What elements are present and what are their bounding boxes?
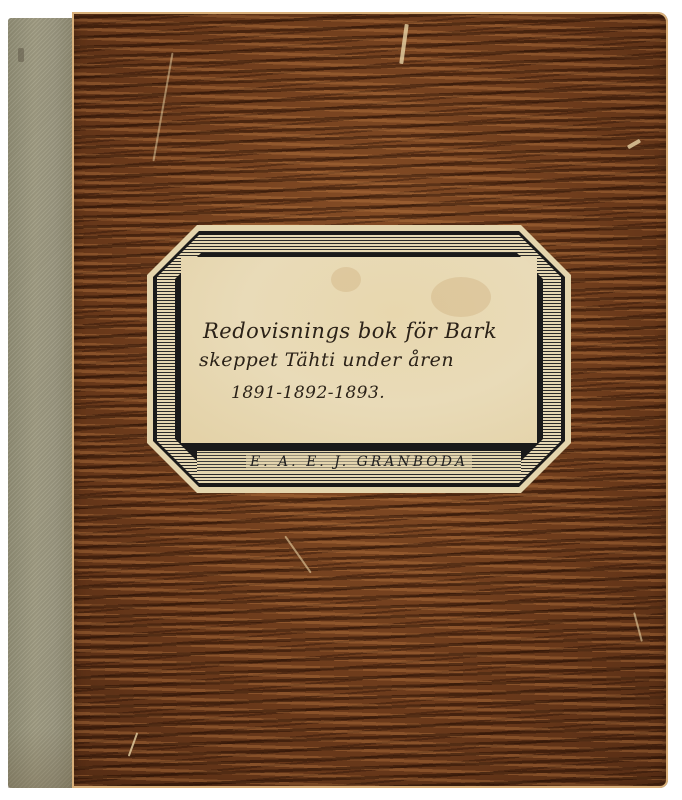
label-footer-band: E. A. E. J. GRANBODA [197, 451, 521, 473]
handwritten-title-line-1: Redovisnings bok för Bark [203, 319, 497, 343]
book-spine [8, 18, 74, 788]
cover-label: Redovisnings bok för Bark skeppet Tähti … [147, 225, 571, 493]
paper-stain [431, 277, 491, 317]
cover-scratch [152, 53, 173, 162]
printer-imprint: E. A. E. J. GRANBODA [246, 454, 472, 470]
spine-mark [18, 48, 24, 62]
cover-scratch [627, 139, 641, 149]
handwritten-years: 1891-1892-1893. [231, 383, 385, 403]
cover-scratch [284, 535, 311, 573]
handwritten-title-line-2: skeppet Tähti under åren [199, 349, 454, 371]
label-paper: Redovisnings bok för Bark skeppet Tähti … [181, 257, 537, 443]
cover-scratch [399, 24, 409, 64]
cover-scratch [633, 612, 643, 641]
paper-stain [331, 267, 361, 292]
spine-wear [8, 728, 74, 788]
cover-scratch [128, 732, 138, 756]
